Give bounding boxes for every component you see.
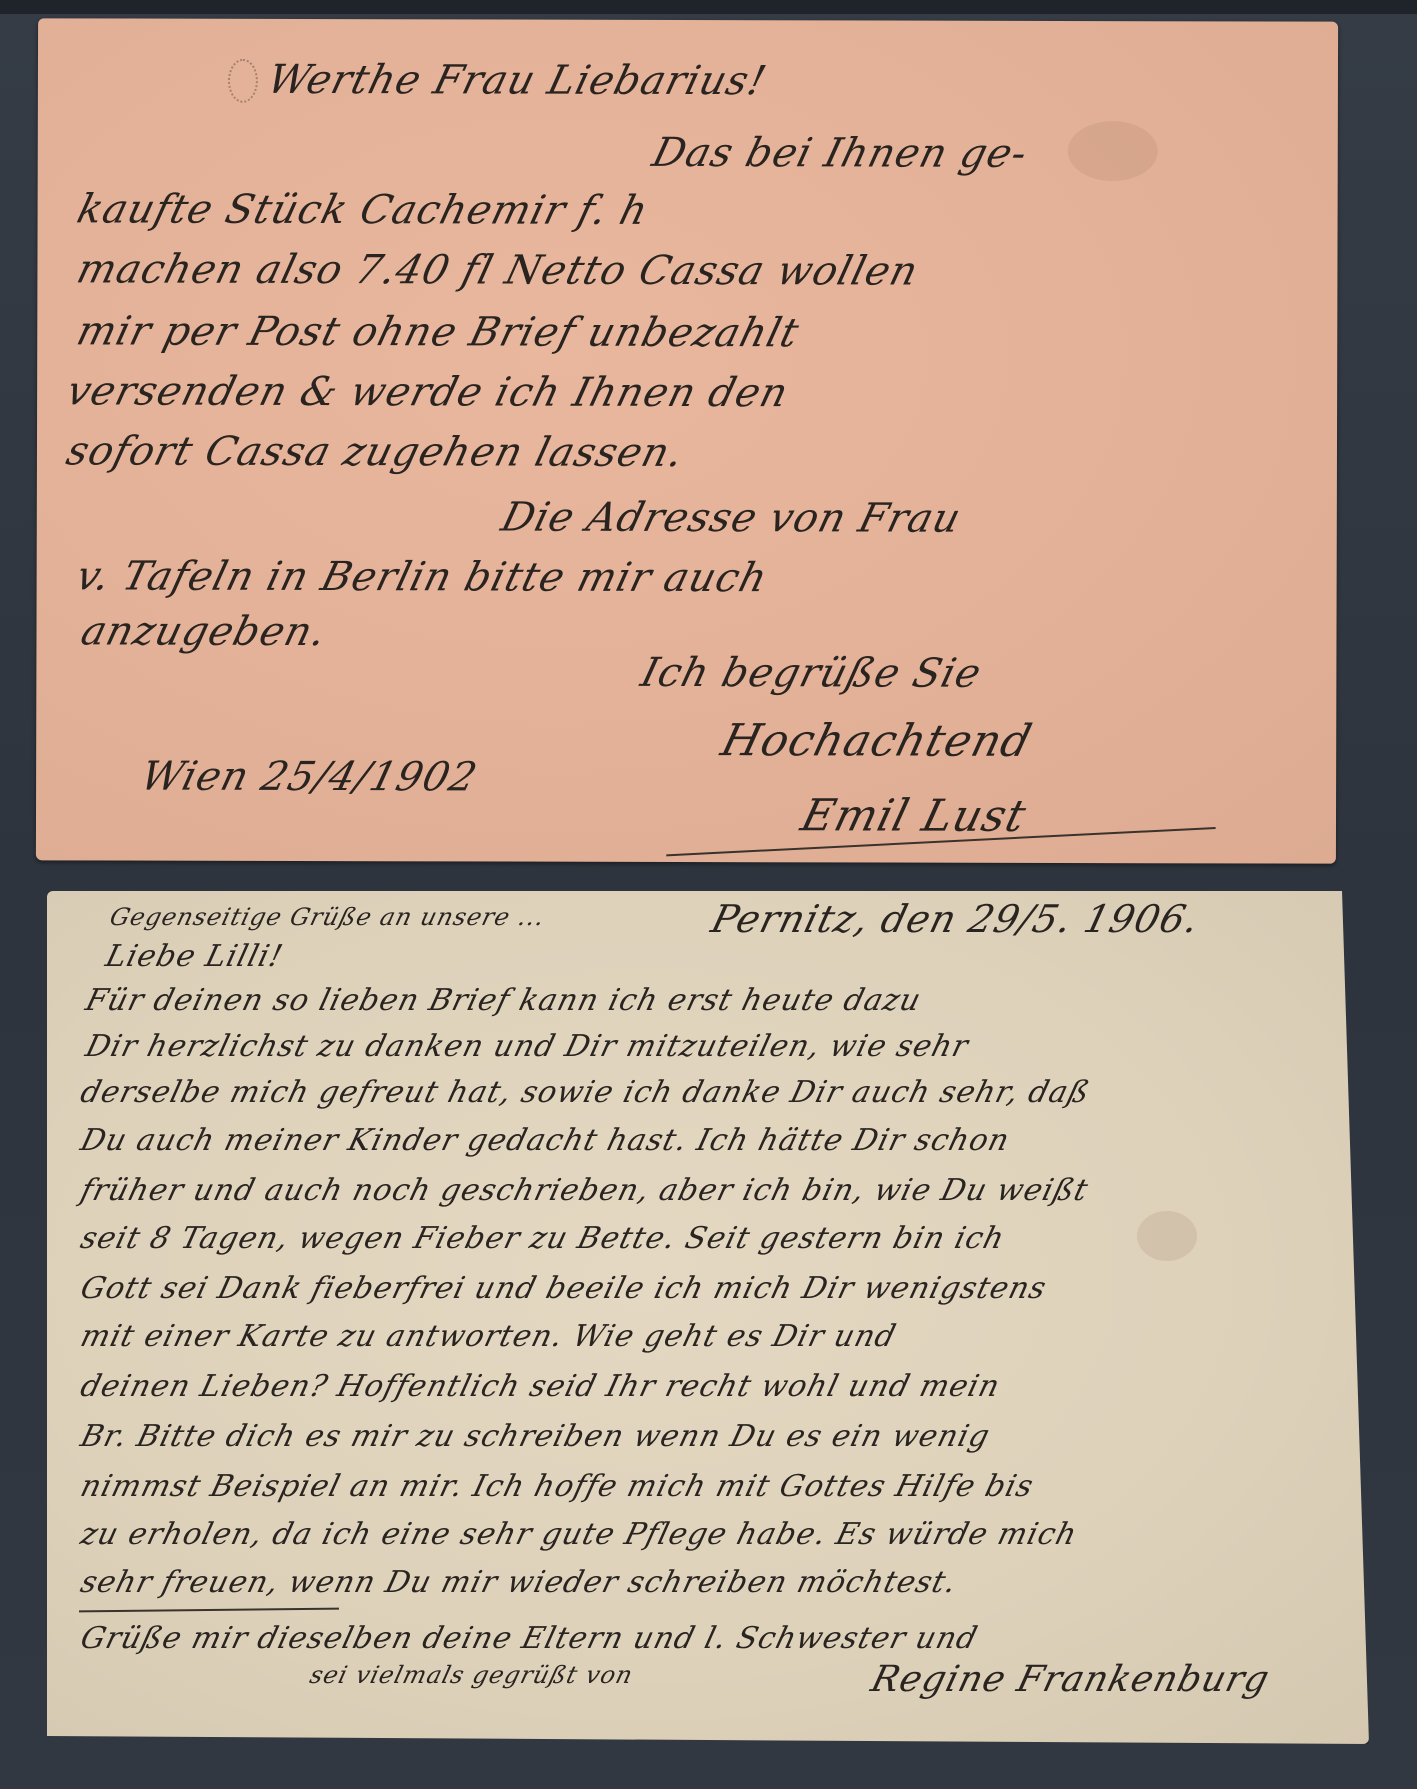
paper-stain [1137,1211,1197,1261]
underline-stroke [79,1608,339,1613]
letter-line: früher und auch noch geschrieben, aber i… [77,1173,1092,1208]
letter-line: zu erholen, da ich eine sehr gute Pflege… [77,1517,1081,1552]
place-date: Pernitz, den 29/5. 1906. [707,897,1204,941]
letter-line: kaufte Stück Cachemir f. h [73,186,654,233]
letter-line: machen also 7.40 fl Netto Cassa wollen [72,246,923,294]
letter-line: Br. Bitte dich es mir zu schreiben wenn … [77,1419,994,1454]
letter-line: Die Adresse von Frau [497,495,966,542]
letter-line: Werthe Frau Liebarius! [263,57,771,104]
signature: Emil Lust [796,790,1032,842]
paper-stain [1068,121,1158,181]
letter-line: versenden & werde ich Ihnen den [62,368,793,416]
closing: Hochachtend [716,715,1037,767]
letter-line: Ich begrüße Sie [636,650,986,697]
postcard-1906: Gegenseitige Grüße an unsere ... Pernitz… [47,891,1369,1744]
greeting: Liebe Lilli! [102,939,287,974]
letter-line: Für deinen so lieben Brief kann ich erst… [82,983,925,1018]
place-date: Wien 25/4/1902 [136,754,482,801]
letter-line: deinen Lieben? Hoffentlich seid Ihr rech… [77,1369,1004,1404]
postcard-1902: Werthe Frau Liebarius! Das bei Ihnen ge-… [36,18,1338,863]
letter-line: derselbe mich gefreut hat, sowie ich dan… [77,1075,1094,1110]
letter-line: sehr freuen, wenn Du mir wieder schreibe… [77,1565,961,1600]
album-page-top-edge [0,0,1417,14]
letter-line: Grüße mir dieselben deine Eltern und l. … [77,1621,981,1656]
letter-line: v. Tafeln in Berlin bitte mir auch [72,553,773,601]
letter-line: Das bei Ihnen ge- [648,130,1033,177]
letter-line: mir per Post ohne Brief unbezahlt [72,308,804,356]
letter-line: Dir herzlichst zu danken und Dir mitzute… [82,1029,972,1064]
letter-line: Du auch meiner Kinder gedacht hast. Ich … [77,1123,1013,1158]
letter-line: sofort Cassa zugehen lassen. [62,428,689,476]
header-note: Gegenseitige Grüße an unsere ... [107,903,548,931]
letter-line: mit einer Karte zu antworten. Wie geht e… [77,1319,900,1354]
letter-line: seit 8 Tagen, wegen Fieber zu Bette. Sei… [77,1221,1008,1256]
letter-line: Gott sei Dank fieberfrei und beeile ich … [77,1271,1050,1306]
letter-line: sei vielmals gegrüßt von [307,1661,636,1689]
letter-line: anzugeben. [76,608,331,655]
postmark-smudge [228,59,258,103]
signature: Regine Frankenburg [867,1659,1274,1700]
letter-line: nimmst Beispiel an mir. Ich hoffe mich m… [77,1469,1037,1504]
